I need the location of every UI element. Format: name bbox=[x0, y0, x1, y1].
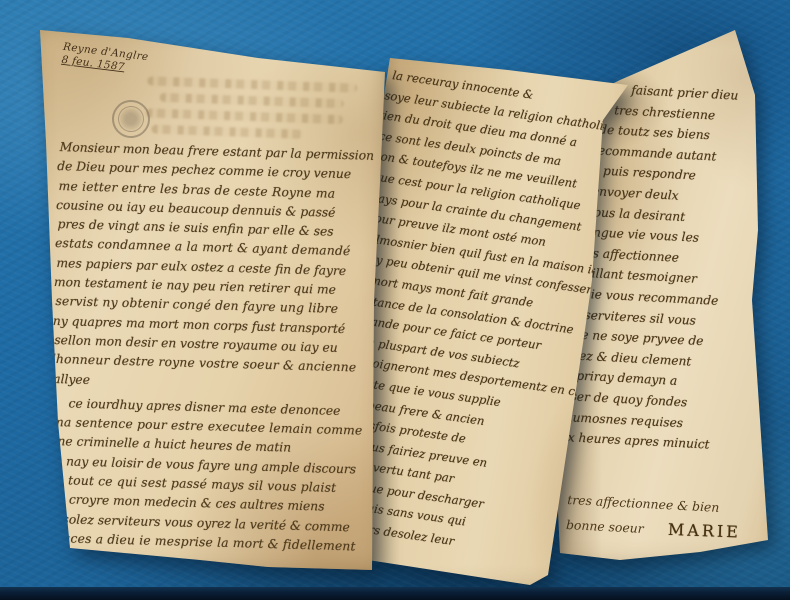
middle-page-body-text: la receuray innocente &soye leur subiect… bbox=[348, 64, 624, 566]
manuscript-photo: Reyne d'Anglre 8 feu. 1587 Monsieur mon … bbox=[0, 0, 790, 600]
mat-edge bbox=[0, 587, 790, 600]
middle-letter-page: la receuray innocente &soye leur subiect… bbox=[348, 44, 643, 594]
archive-annotation: Reyne d'Anglre 8 feu. 1587 bbox=[61, 41, 149, 77]
stamp-center bbox=[116, 104, 145, 133]
left-page-body-text: Monsieur mon beau frere estant par la pe… bbox=[47, 138, 372, 557]
marie-signature: MARIE bbox=[667, 518, 741, 545]
left-page-paper: Reyne d'Anglre 8 feu. 1587 Monsieur mon … bbox=[28, 22, 388, 574]
middle-page-paper: la receuray innocente &soye leur subiect… bbox=[348, 44, 643, 594]
left-letter-page: Reyne d'Anglre 8 feu. 1587 Monsieur mon … bbox=[28, 22, 388, 574]
